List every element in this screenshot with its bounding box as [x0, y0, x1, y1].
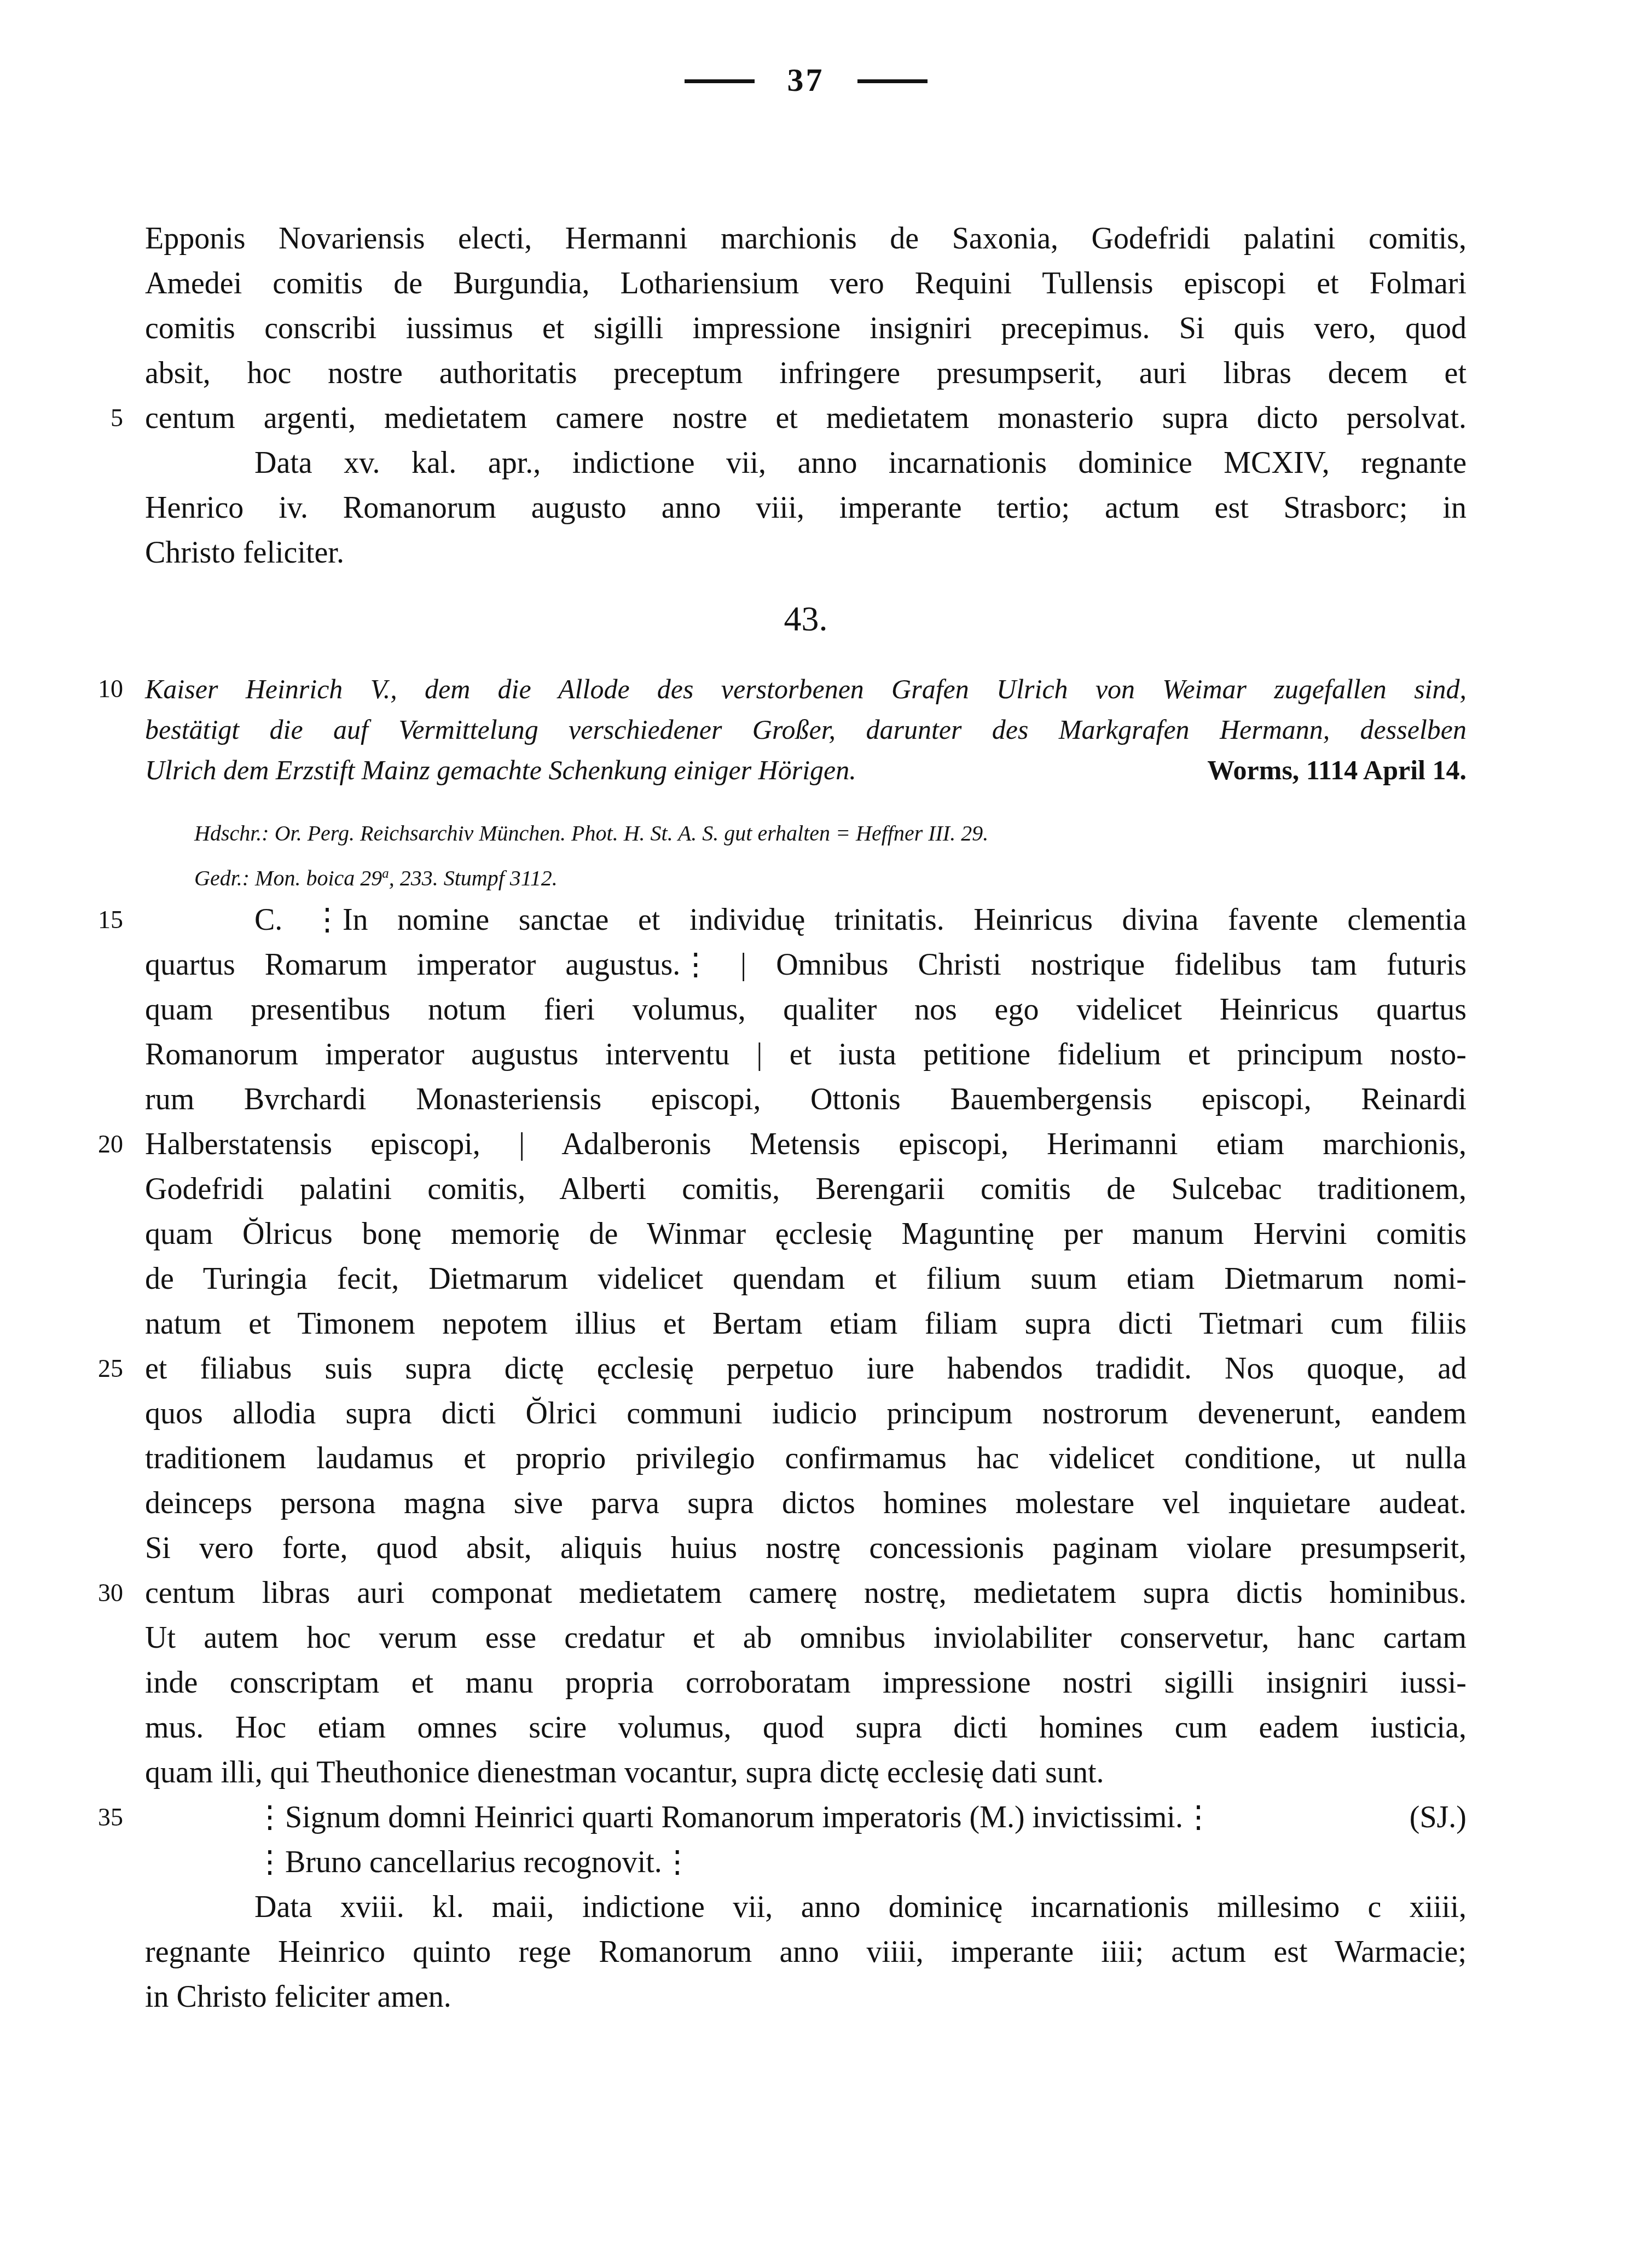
line-text: Ut autem hoc verum esse credatur et ab o… — [145, 1615, 1466, 1660]
charter-summary: 10 Kaiser Heinrich V., dem die Allode de… — [145, 669, 1466, 790]
text-line: 10 Kaiser Heinrich V., dem die Allode de… — [145, 669, 1466, 709]
line-text: Epponis Novariensis electi, Hermanni mar… — [145, 216, 1466, 261]
text-line: 25 et filiabus suis supra dictę ęcclesię… — [145, 1346, 1466, 1391]
manuscript-reference-line: Hdschr.: Or. Perg. Reichsarchiv München.… — [194, 813, 1516, 854]
line-number: 35 — [44, 1795, 123, 1840]
line-text: traditionem laudamus et proprio privileg… — [145, 1436, 1466, 1481]
header-left-dash — [685, 79, 755, 83]
print-reference-pre: Gedr.: Mon. boica 29 — [194, 866, 382, 890]
line-text: mus. Hoc etiam omnes scire volumus, quod… — [145, 1705, 1466, 1750]
line-text: quartus Romarum imperator augustus.⋮ | O… — [145, 942, 1466, 987]
text-line: Epponis Novariensis electi, Hermanni mar… — [145, 216, 1466, 261]
charter-number: 43. — [784, 599, 828, 638]
text-line: comitis conscribi iussimus et sigilli im… — [145, 306, 1466, 351]
line-text: ⋮Bruno cancellarius recognovit.⋮ — [145, 1845, 693, 1879]
source-references: Hdschr.: Or. Perg. Reichsarchiv München.… — [145, 813, 1516, 899]
text-line: 35 ⋮Signum domni Heinrici quarti Romanor… — [145, 1795, 1466, 1840]
line-text: Kaiser Heinrich V., dem die Allode des v… — [145, 669, 1466, 709]
print-reference-line: Gedr.: Mon. boica 29a, 233. Stumpf 3112. — [194, 854, 1516, 899]
line-text: et filiabus suis supra dictę ęcclesię pe… — [145, 1346, 1466, 1391]
line-text: Halberstatensis episcopi, | Adalberonis … — [145, 1122, 1466, 1167]
text-line: regnante Heinrico quinto rege Romanorum … — [145, 1930, 1466, 1974]
text-line: Amedei comitis de Burgundia, Lothariensi… — [145, 261, 1466, 306]
text-line: deinceps persona magna sive parva supra … — [145, 1481, 1466, 1526]
line-text: Amedei comitis de Burgundia, Lothariensi… — [145, 261, 1466, 306]
line-text: Romanorum imperator augustus interventu … — [145, 1032, 1466, 1077]
text-line: de Turingia fecit, Dietmarum videlicet q… — [145, 1256, 1466, 1301]
text-line: bestätigt die auf Vermittelung verschied… — [145, 709, 1466, 750]
text-line: in Christo feliciter amen. — [145, 1974, 1466, 2019]
line-text: Data xv. kal. apr., indictione vii, anno… — [145, 441, 1466, 485]
line-text: centum libras auri componat medietatem c… — [145, 1571, 1466, 1615]
text-line: Ulrich dem Erzstift Mainz gemachte Schen… — [145, 750, 1466, 790]
previous-charter-continuation: Epponis Novariensis electi, Hermanni mar… — [145, 216, 1466, 575]
line-text: Christo feliciter. — [145, 536, 344, 570]
line-number: 15 — [44, 897, 123, 942]
charter-body: 15 C. ⋮In nomine sanctae et individuę tr… — [145, 897, 1466, 2019]
line-number: 25 — [44, 1346, 123, 1391]
text-line: 20 Halberstatensis episcopi, | Adalberon… — [145, 1122, 1466, 1167]
text-line: 5 centum argenti, medietatem camere nost… — [145, 396, 1466, 441]
line-text: Godefridi palatini comitis, Alberti comi… — [145, 1167, 1466, 1212]
line-text: Data xviii. kl. maii, indictione vii, an… — [145, 1885, 1466, 1930]
line-text: quos allodia supra dicti Ŏlrici communi … — [145, 1391, 1466, 1436]
line-text: Henrico iv. Romanorum augusto anno viii,… — [145, 485, 1466, 530]
line-text: Ulrich dem Erzstift Mainz gemachte Schen… — [145, 755, 856, 785]
text-line: 15 C. ⋮In nomine sanctae et individuę tr… — [145, 897, 1466, 942]
page-number: 37 — [787, 62, 825, 98]
line-text: regnante Heinrico quinto rege Romanorum … — [145, 1930, 1466, 1974]
line-text: bestätigt die auf Vermittelung verschied… — [145, 709, 1466, 750]
text-line: Henrico iv. Romanorum augusto anno viii,… — [145, 485, 1466, 530]
line-text: rum Bvrchardi Monasteriensis episcopi, O… — [145, 1077, 1466, 1122]
text-line: rum Bvrchardi Monasteriensis episcopi, O… — [145, 1077, 1466, 1122]
text-line: natum et Timonem nepotem illius et Berta… — [145, 1301, 1466, 1346]
text-line: Christo feliciter. — [145, 530, 1466, 575]
text-line: ⋮Bruno cancellarius recognovit.⋮ — [145, 1840, 1466, 1885]
text-line: 30 centum libras auri componat medietate… — [145, 1571, 1466, 1615]
line-number: 20 — [44, 1122, 123, 1167]
line-text: in Christo feliciter amen. — [145, 1980, 451, 2014]
text-line: quam presentibus notum fieri volumus, qu… — [145, 987, 1466, 1032]
line-text: quam illi, qui Theuthonice dienestman vo… — [145, 1756, 1104, 1789]
line-number: 10 — [44, 669, 123, 709]
print-reference-superscript: a — [382, 866, 389, 881]
line-text: comitis conscribi iussimus et sigilli im… — [145, 306, 1466, 351]
line-text: quam presentibus notum fieri volumus, qu… — [145, 987, 1466, 1032]
header-right-dash — [857, 79, 928, 83]
text-line: quam Ŏlricus bonę memorię de Winmar ęccl… — [145, 1212, 1466, 1256]
line-text: de Turingia fecit, Dietmarum videlicet q… — [145, 1256, 1466, 1301]
line-text: absit, hoc nostre authoritatis preceptum… — [145, 351, 1466, 396]
text-line: mus. Hoc etiam omnes scire volumus, quod… — [145, 1705, 1466, 1750]
text-line: Godefridi palatini comitis, Alberti comi… — [145, 1167, 1466, 1212]
manuscript-reference: Hdschr.: Or. Perg. Reichsarchiv München.… — [194, 821, 988, 845]
book-page: 37 Epponis Novariensis electi, Hermanni … — [0, 0, 1652, 2253]
page-header: 37 — [145, 61, 1466, 99]
line-text: ⋮Signum domni Heinrici quarti Romanorum … — [145, 1800, 1214, 1834]
text-line: inde conscriptam et manu propria corrobo… — [145, 1660, 1466, 1705]
line-number: 30 — [44, 1571, 123, 1615]
charter-date-place: Worms, 1114 April 14. — [1207, 750, 1466, 790]
text-line: Si vero forte, quod absit, aliquis huius… — [145, 1526, 1466, 1571]
text-line: traditionem laudamus et proprio privileg… — [145, 1436, 1466, 1481]
text-line: Ut autem hoc verum esse credatur et ab o… — [145, 1615, 1466, 1660]
text-line: absit, hoc nostre authoritatis preceptum… — [145, 351, 1466, 396]
text-line: quartus Romarum imperator augustus.⋮ | O… — [145, 942, 1466, 987]
line-text: quam Ŏlricus bonę memorię de Winmar ęccl… — [145, 1212, 1466, 1256]
line-number: 5 — [44, 396, 123, 441]
line-text: Si vero forte, quod absit, aliquis huius… — [145, 1526, 1466, 1571]
text-line: Romanorum imperator augustus interventu … — [145, 1032, 1466, 1077]
text-line: Data xv. kal. apr., indictione vii, anno… — [145, 441, 1466, 485]
text-line: quos allodia supra dicti Ŏlrici communi … — [145, 1391, 1466, 1436]
text-line: quam illi, qui Theuthonice dienestman vo… — [145, 1750, 1466, 1795]
line-text: inde conscriptam et manu propria corrobo… — [145, 1660, 1466, 1705]
line-right-text: (SJ.) — [1410, 1795, 1466, 1840]
print-reference-post: , 233. Stumpf 3112. — [389, 866, 558, 890]
charter-heading: 43. — [145, 600, 1466, 638]
text-line: Data xviii. kl. maii, indictione vii, an… — [145, 1885, 1466, 1930]
line-text: C. ⋮In nomine sanctae et individuę trini… — [145, 897, 1466, 942]
line-text: centum argenti, medietatem camere nostre… — [145, 396, 1466, 441]
line-text: deinceps persona magna sive parva supra … — [145, 1481, 1466, 1526]
line-text: natum et Timonem nepotem illius et Berta… — [145, 1301, 1466, 1346]
